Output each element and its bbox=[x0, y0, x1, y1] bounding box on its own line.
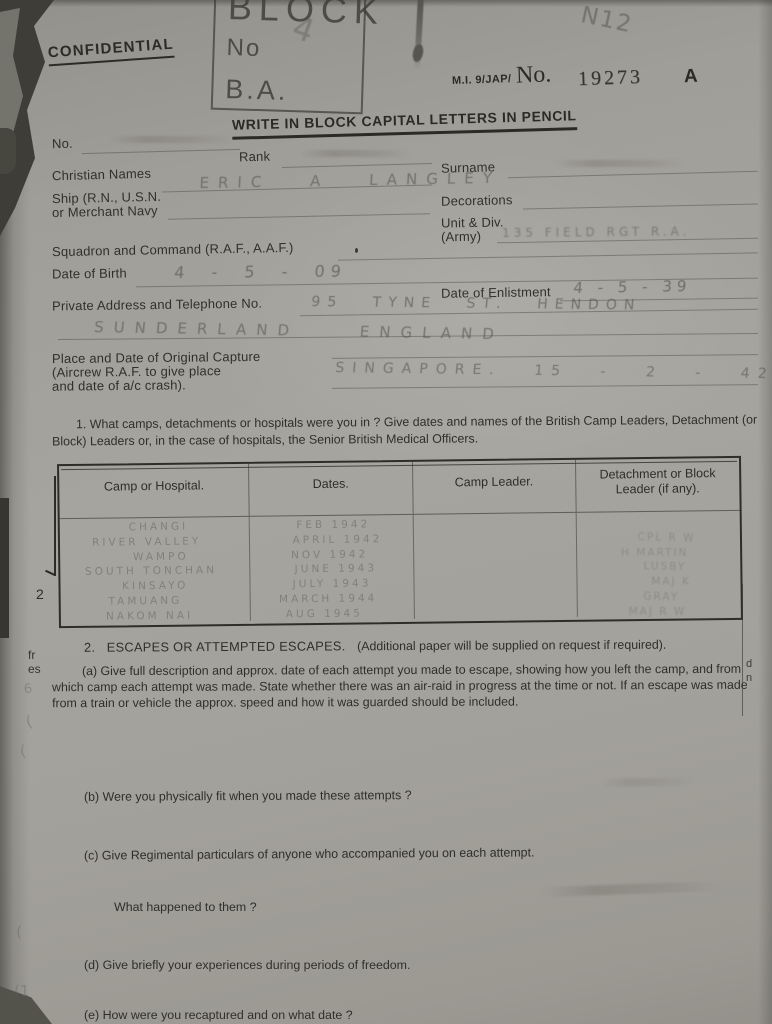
pencil-smudge bbox=[555, 160, 685, 167]
stamp-line-ba: B.A. bbox=[225, 74, 350, 109]
underlying-page-edge-left bbox=[54, 476, 56, 576]
field-label-dob: Date of Birth bbox=[52, 265, 127, 281]
field-line-capture-1 bbox=[332, 354, 758, 359]
camp-column: CHANGI RIVER VALLEY WAMPO SOUTH TONCHAN … bbox=[60, 517, 252, 623]
col-header-dates: Dates. bbox=[249, 462, 413, 516]
margin-pencil-mark: (1 bbox=[14, 982, 29, 1000]
margin-fragment-fr: fr bbox=[28, 648, 35, 662]
margin-pencil-mark: 6 bbox=[23, 681, 33, 697]
question-2-number-title: 2. bbox=[84, 640, 95, 655]
col-header-detachment: Detachment or Block Leader (if any). bbox=[576, 458, 740, 512]
camps-table-header-row: Camp or Hospital. Dates. Camp Leader. De… bbox=[59, 458, 740, 519]
handwritten-name: ERIC A LANGLEY bbox=[199, 169, 501, 192]
field-line-squadron bbox=[338, 252, 758, 260]
camp-leader-column bbox=[413, 513, 577, 619]
pencil-note: N12 bbox=[579, 2, 636, 38]
detachment-entry: CPL R W bbox=[585, 529, 748, 547]
handwritten-address-1: 95 TYNE ST. HENDON bbox=[311, 294, 642, 313]
handwritten-enlistment: 4 - 5 - 39 bbox=[573, 277, 692, 297]
field-label-no: No. bbox=[52, 136, 73, 152]
right-edge-shadow bbox=[758, 0, 772, 1024]
top-edge-shadow bbox=[0, 0, 772, 7]
block-stamp: BLOCK No B.A. 4 bbox=[211, 0, 368, 114]
detachment-entry: MAJ R W bbox=[576, 604, 739, 620]
edge-nick bbox=[0, 128, 16, 174]
question-2-title: ESCAPES OR ATTEMPTED ESCAPES. bbox=[99, 638, 346, 654]
margin-fragment-d: d bbox=[746, 658, 752, 670]
form-reference-no-label: No. bbox=[516, 61, 552, 89]
paper-crease-blob bbox=[411, 43, 425, 63]
field-line-ship bbox=[168, 213, 430, 219]
handwritten-address-2: SUNDERLAND ENGLAND bbox=[93, 318, 504, 343]
dates-column: FEB 1942 APRIL 1942 NOV 1942 JUNE 1943 J… bbox=[250, 515, 414, 621]
question-2c-text: (c) Give Regimental particulars of anyon… bbox=[84, 844, 535, 864]
pencil-smudge bbox=[600, 777, 695, 787]
field-label-ship-2: or Merchant Navy bbox=[52, 203, 158, 220]
field-line-rank bbox=[282, 163, 432, 168]
field-line-decorations bbox=[523, 204, 758, 210]
form-instruction-title: WRITE IN BLOCK CAPITAL LETTERS IN PENCIL bbox=[232, 107, 577, 140]
question-2b-text: (b) Were you physically fit when you mad… bbox=[84, 787, 412, 805]
left-dark-strip bbox=[0, 498, 9, 638]
pencil-smudge bbox=[300, 150, 410, 157]
col-header-leader: Camp Leader. bbox=[413, 460, 577, 514]
field-label-squadron: Squadron and Command (R.A.F., A.A.F.) bbox=[52, 240, 294, 259]
field-line-surname bbox=[508, 171, 758, 179]
pow-questionnaire-scan: CONFIDENTIAL BLOCK No B.A. 4 M.I. 9/JAP/… bbox=[0, 0, 772, 1024]
handwritten-unit: 135 FIELD RGT R.A. bbox=[502, 224, 690, 240]
pencil-smudge bbox=[110, 136, 230, 143]
date-entry: AUG 1945 bbox=[243, 606, 405, 623]
confidential-label: CONFIDENTIAL bbox=[47, 36, 174, 67]
handwritten-dob: 4 - 5 - 09 bbox=[174, 261, 348, 282]
margin-pencil-mark: ( bbox=[16, 922, 22, 941]
question-2d-text: (d) Give briefly your experiences during… bbox=[84, 957, 410, 974]
handwritten-capture: SINGAPORE. 15 - 2 - 42 bbox=[335, 360, 772, 382]
field-line-capture-2 bbox=[332, 384, 758, 389]
question-2c-followup-text: What happened to them ? bbox=[114, 899, 257, 916]
detachment-column: CPL R W H MARTIN LUSBY MAJ K GRAY MAJ R … bbox=[576, 511, 740, 617]
camps-table: Camp or Hospital. Dates. Camp Leader. De… bbox=[57, 456, 743, 628]
stamp-line-block: BLOCK bbox=[227, 0, 352, 32]
camp-entry: NAKOM NAI bbox=[55, 608, 245, 625]
margin-fragment-n: n bbox=[746, 672, 752, 684]
underlying-page-edge-right bbox=[742, 584, 743, 716]
field-label-decorations: Decorations bbox=[441, 192, 513, 208]
question-2-heading: 2. ESCAPES OR ATTEMPTED ESCAPES. (Additi… bbox=[84, 636, 744, 656]
form-reference-number: 19273 bbox=[578, 66, 644, 91]
field-label-christian-names: Christian Names bbox=[52, 166, 151, 184]
ink-speck bbox=[355, 248, 358, 253]
question-2a-text: (a) Give full description and approx. da… bbox=[52, 661, 752, 711]
pencil-smudge bbox=[540, 881, 725, 897]
margin-fragment-es: es bbox=[28, 662, 41, 676]
field-label-rank: Rank bbox=[239, 149, 271, 165]
field-line-no bbox=[82, 149, 240, 154]
question-1-text: 1. What camps, detachments or hospitals … bbox=[52, 412, 760, 450]
question-2-note: (Additional paper will be supplied on re… bbox=[349, 638, 666, 654]
col-header-camp: Camp or Hospital. bbox=[59, 464, 250, 518]
form-reference-suffix: A bbox=[684, 66, 698, 88]
margin-page-number: 2 bbox=[36, 586, 44, 602]
question-2e-text: (e) How were you recaptured and on what … bbox=[84, 1007, 353, 1024]
field-label-unit-2: (Army) bbox=[441, 229, 481, 245]
field-label-capture-3: and date of a/c crash). bbox=[52, 377, 186, 393]
form-reference-prefix: M.I. 9/JAP/ bbox=[452, 73, 512, 87]
field-label-address: Private Address and Telephone No. bbox=[52, 296, 262, 314]
camps-table-body: CHANGI RIVER VALLEY WAMPO SOUTH TONCHAN … bbox=[60, 511, 741, 623]
